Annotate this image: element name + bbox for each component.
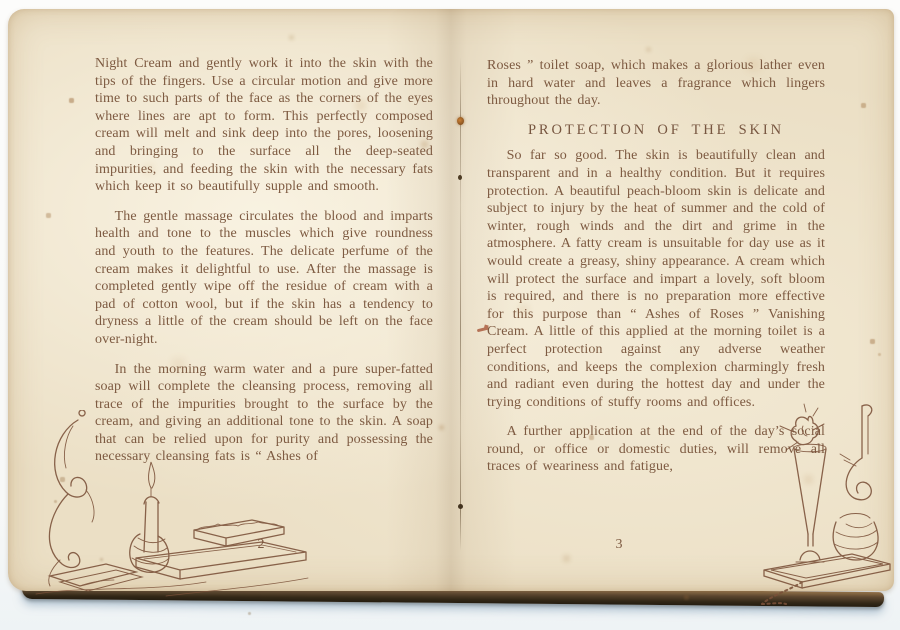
right-page-number: 3	[450, 537, 788, 553]
candle-mirror-boxes-illustration	[16, 410, 316, 602]
rose-vase-pot-tray-illustration	[756, 396, 898, 608]
paragraph: So far so good. The skin is beautifully …	[487, 147, 825, 411]
center-fold-line	[460, 57, 461, 551]
section-heading: PROTECTION OF THE SKIN	[487, 122, 825, 140]
staple-icon	[458, 504, 463, 509]
staple-icon	[457, 117, 464, 125]
foxing-spots	[8, 9, 9, 10]
paragraph: The gentle massage circulates the blood …	[95, 208, 433, 349]
paragraph: Night Cream and gently work it into the …	[95, 55, 433, 196]
staple-icon	[458, 175, 462, 180]
paragraph: Roses ” toilet soap, which makes a glori…	[487, 57, 825, 110]
